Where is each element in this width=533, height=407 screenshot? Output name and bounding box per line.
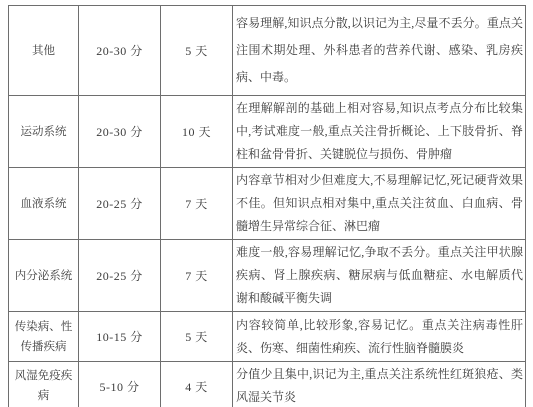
score-range-cell: 5-10 分 [79, 362, 161, 407]
category-cell: 内分泌系统 [9, 240, 79, 312]
score-range-cell: 20-30 分 [79, 6, 161, 96]
study-days-cell: 7 天 [161, 168, 233, 240]
table-row: 其他 20-30 分 5 天 容易理解,知识点分散,以识记为主,尽量不丢分。重点… [9, 6, 526, 96]
focus-notes-cell: 难度一般,容易理解记忆,争取不丢分。重点关注甲状腺疾病、肾上腺疾病、糖尿病与低血… [233, 240, 526, 312]
study-days-cell: 10 天 [161, 96, 233, 168]
focus-notes-cell: 内容章节相对少但难度大,不易理解记忆,死记硬背效果不佳。但知识点相对集中,重点关… [233, 168, 526, 240]
document-page: 其他 20-30 分 5 天 容易理解,知识点分散,以识记为主,尽量不丢分。重点… [0, 0, 533, 407]
table-row: 传染病、性传播疾病 10-15 分 5 天 内容较简单,比较形象,容易记忆。重点… [9, 312, 526, 362]
table-row: 内分泌系统 20-25 分 7 天 难度一般,容易理解记忆,争取不丢分。重点关注… [9, 240, 526, 312]
table-row: 血液系统 20-25 分 7 天 内容章节相对少但难度大,不易理解记忆,死记硬背… [9, 168, 526, 240]
category-cell: 血液系统 [9, 168, 79, 240]
score-range-cell: 20-30 分 [79, 96, 161, 168]
focus-notes-cell: 在理解解剖的基础上相对容易,知识点考点分布比较集中,考试难度一般,重点关注骨折概… [233, 96, 526, 168]
study-days-cell: 5 天 [161, 6, 233, 96]
focus-notes-cell: 容易理解,知识点分散,以识记为主,尽量不丢分。重点关注围术期处理、外科患者的营养… [233, 6, 526, 96]
study-days-cell: 7 天 [161, 240, 233, 312]
category-cell: 传染病、性传播疾病 [9, 312, 79, 362]
study-plan-table: 其他 20-30 分 5 天 容易理解,知识点分散,以识记为主,尽量不丢分。重点… [8, 5, 526, 407]
score-range-cell: 20-25 分 [79, 240, 161, 312]
table-row: 风湿免疫疾病 5-10 分 4 天 分值少且集中,识记为主,重点关注系统性红斑狼… [9, 362, 526, 407]
category-cell: 风湿免疫疾病 [9, 362, 79, 407]
score-range-cell: 10-15 分 [79, 312, 161, 362]
category-cell: 运动系统 [9, 96, 79, 168]
study-days-cell: 5 天 [161, 312, 233, 362]
study-plan-table-body: 其他 20-30 分 5 天 容易理解,知识点分散,以识记为主,尽量不丢分。重点… [9, 6, 526, 407]
focus-notes-cell: 分值少且集中,识记为主,重点关注系统性红斑狼疮、类风湿关节炎 [233, 362, 526, 407]
score-range-cell: 20-25 分 [79, 168, 161, 240]
table-row: 运动系统 20-30 分 10 天 在理解解剖的基础上相对容易,知识点考点分布比… [9, 96, 526, 168]
study-days-cell: 4 天 [161, 362, 233, 407]
category-cell: 其他 [9, 6, 79, 96]
focus-notes-cell: 内容较简单,比较形象,容易记忆。重点关注病毒性肝炎、伤寒、细菌性痢疾、流行性脑脊… [233, 312, 526, 362]
